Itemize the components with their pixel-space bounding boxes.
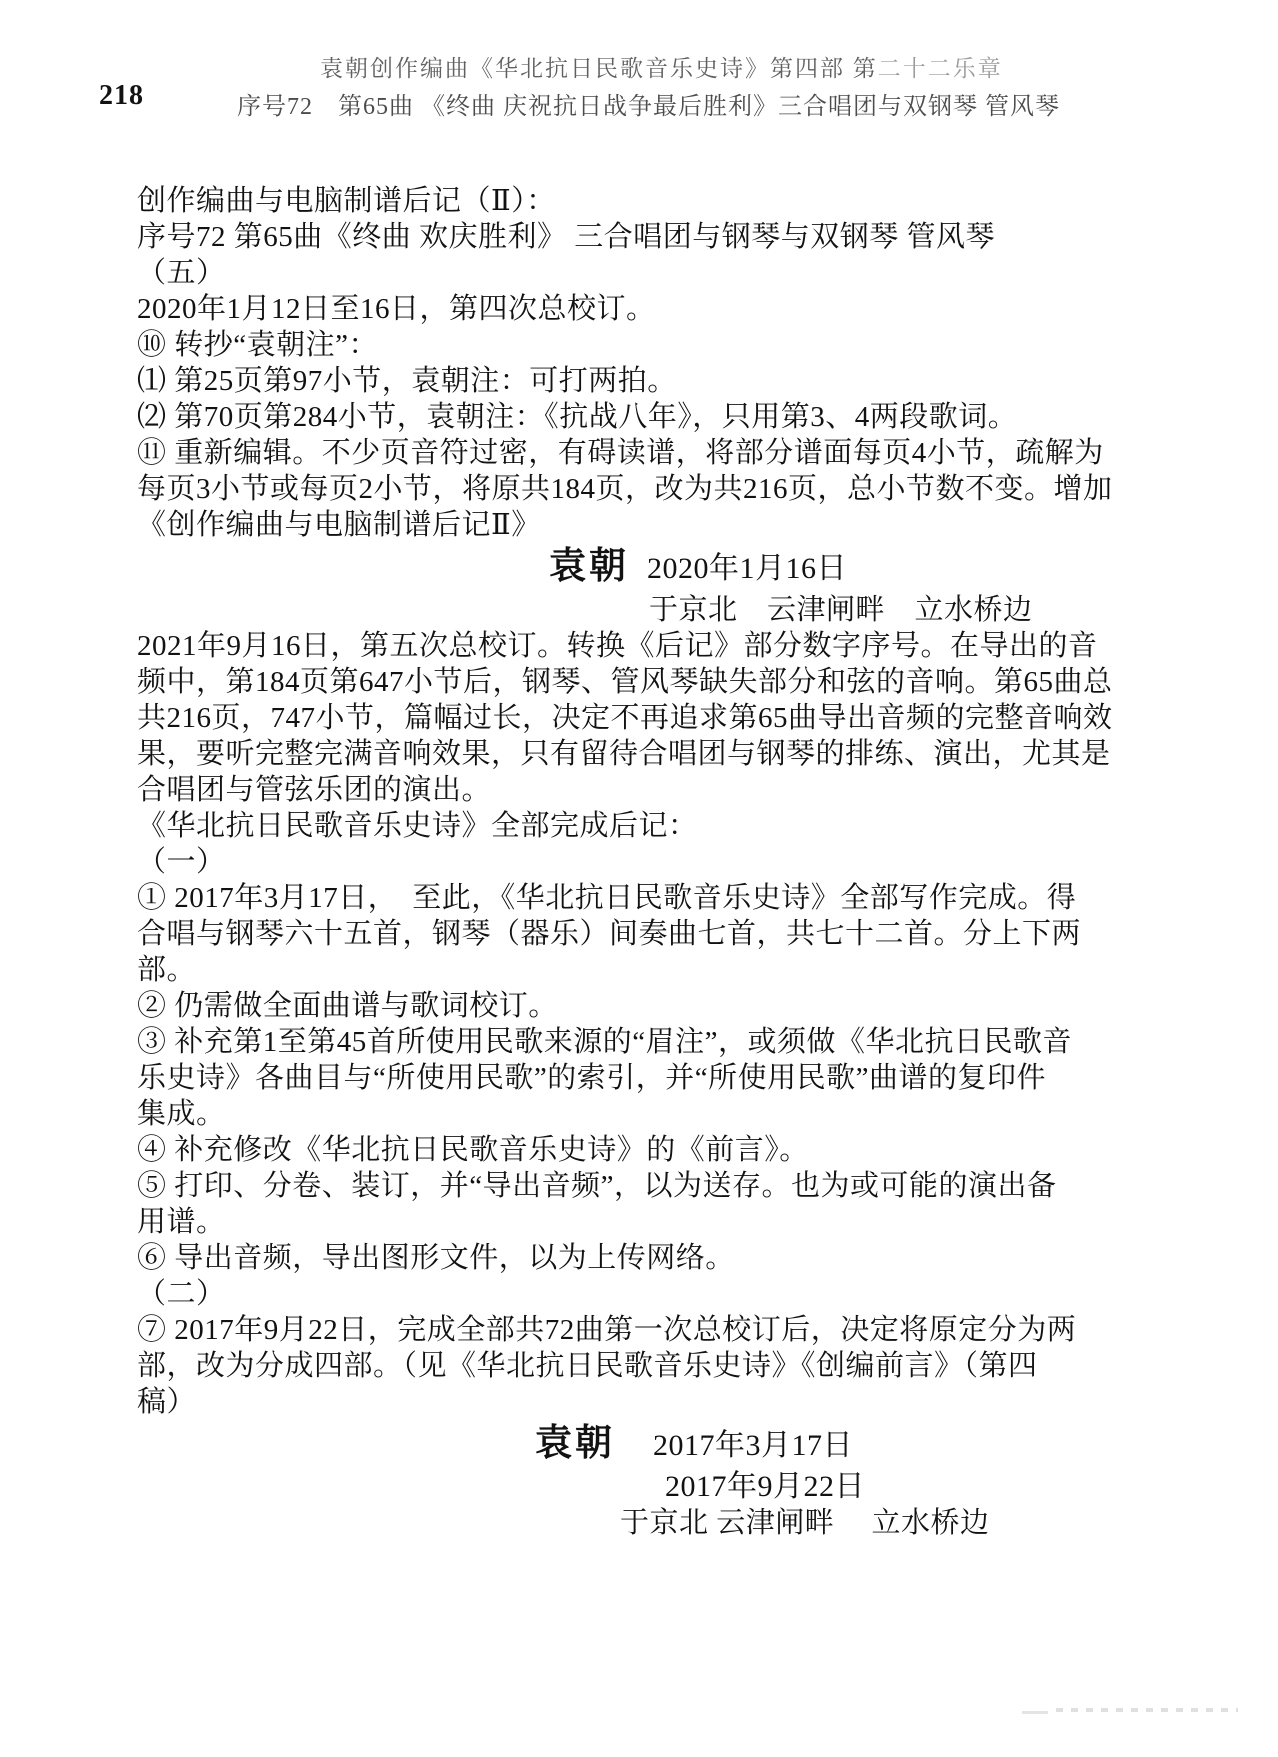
- item-5-line-2: 用谱。: [137, 1204, 1151, 1240]
- signature2-date-2: 2017年9月22日: [137, 1469, 1151, 1505]
- fifth-revision-line-2: 频中，第184页第647小节后，钢琴、管风琴缺失部分和弦的音响。第65曲总: [137, 664, 1151, 700]
- section-label-two: （二）: [137, 1276, 1151, 1312]
- signature-row-2017: 袁朝2017年3月17日: [137, 1420, 1151, 1469]
- item-10-sub-1: ⑴ 第25页第97小节，袁朝注：可打两拍。: [137, 363, 1151, 399]
- item-10-sub-2: ⑵ 第70页第284小节，袁朝注：《抗战八年》，只用第3、4两段歌词。: [137, 399, 1151, 435]
- item-7-line-2: 部，改为分成四部。（见《华北抗日民歌音乐史诗》《创编前言》（第四: [137, 1348, 1151, 1384]
- scan-smudge-small: [1022, 1711, 1048, 1714]
- signature2-date-1: 2017年3月17日: [653, 1429, 853, 1462]
- fifth-revision-line-4: 果，要听完整完满音响效果，只有留待合唱团与钢琴的排练、演出，尤其是: [137, 736, 1151, 772]
- item-3-line-1: ③ 补充第1至第45首所使用民歌来源的“眉注”，或须做《华北抗日民歌音: [137, 1024, 1151, 1060]
- signature-row-2020: 袁朝2020年1月16日: [137, 543, 1151, 592]
- item-1-line-3: 部。: [137, 952, 1151, 988]
- page-number: 218: [99, 80, 144, 112]
- page-body: 创作编曲与电脑制谱后记（Ⅱ）： 序号72 第65曲《终曲 欢庆胜利》 三合唱团与…: [137, 183, 1151, 1541]
- section-label-five: （五）: [137, 255, 1151, 291]
- section-label-one: （一）: [137, 844, 1151, 880]
- item-11-line-1: ⑪ 重新编辑。不少页音符过密，有碍读谱，将部分谱面每页4小节，疏解为: [137, 435, 1151, 471]
- signature-name: 袁朝: [549, 545, 629, 586]
- fifth-revision-line-5: 合唱团与管弦乐团的演出。: [137, 772, 1151, 808]
- item-2: ② 仍需做全面曲谱与歌词校订。: [137, 988, 1151, 1024]
- header-line-1-main: 袁朝创作编曲《华北抗日民歌音乐史诗》第四部 第: [320, 56, 878, 81]
- header-line-1: 袁朝创作编曲《华北抗日民歌音乐史诗》第四部 第二十二乐章: [320, 50, 1003, 83]
- item-1-line-2: 合唱与钢琴六十五首，钢琴（器乐）间奏曲七首，共七十二首。分上下两: [137, 916, 1151, 952]
- fifth-revision-line-1: 2021年9月16日，第五次总校订。转换《后记》部分数字序号。在导出的音: [137, 628, 1151, 664]
- signature-date: 2020年1月16日: [647, 552, 847, 585]
- item-5-line-1: ⑤ 打印、分卷、装订，并“导出音频”，以为送存。也为或可能的演出备: [137, 1168, 1151, 1204]
- signature-place: 于京北 云津闸畔 立水桥边: [137, 592, 1151, 628]
- signature2-place: 于京北 云津闸畔 立水桥边: [137, 1505, 1151, 1541]
- postscript-title: 创作编曲与电脑制谱后记（Ⅱ）：: [137, 183, 1151, 219]
- fifth-revision-line-3: 共216页，747小节，篇幅过长，决定不再追求第65曲导出音频的完整音响效: [137, 700, 1151, 736]
- item-3-line-3: 集成。: [137, 1096, 1151, 1132]
- completion-title: 《华北抗日民歌音乐史诗》全部完成后记：: [137, 808, 1151, 844]
- item-6: ⑥ 导出音频，导出图形文件，以为上传网络。: [137, 1240, 1151, 1276]
- item-10: ⑩ 转抄“袁朝注”：: [137, 327, 1151, 363]
- revision-date-line: 2020年1月12日至16日，第四次总校订。: [137, 291, 1151, 327]
- header-line-2: 序号72 第65曲 《终曲 庆祝抗日战争最后胜利》三合唱团与双钢琴 管风琴: [237, 86, 1060, 121]
- item-7-line-3: 稿）: [137, 1384, 1151, 1420]
- scan-smudge: [1056, 1708, 1238, 1712]
- postscript-subtitle: 序号72 第65曲《终曲 欢庆胜利》 三合唱团与钢琴与双钢琴 管风琴: [137, 219, 1151, 255]
- item-4: ④ 补充修改《华北抗日民歌音乐史诗》的《前言》。: [137, 1132, 1151, 1168]
- item-3-line-2: 乐史诗》各曲目与“所使用民歌”的索引，并“所使用民歌”曲谱的复印件: [137, 1060, 1151, 1096]
- header-line-1-faded: 二十二乐章: [878, 56, 1003, 81]
- item-1-line-1: ① 2017年3月17日， 至此，《华北抗日民歌音乐史诗》全部写作完成。得: [137, 880, 1151, 916]
- item-11-line-3: 《创作编曲与电脑制谱后记Ⅱ》: [137, 507, 1151, 543]
- signature2-name: 袁朝: [535, 1422, 615, 1463]
- item-11-line-2: 每页3小节或每页2小节，将原共184页，改为共216页，总小节数不变。增加: [137, 471, 1151, 507]
- item-7-line-1: ⑦ 2017年9月22日，完成全部共72曲第一次总校订后，决定将原定分为两: [137, 1312, 1151, 1348]
